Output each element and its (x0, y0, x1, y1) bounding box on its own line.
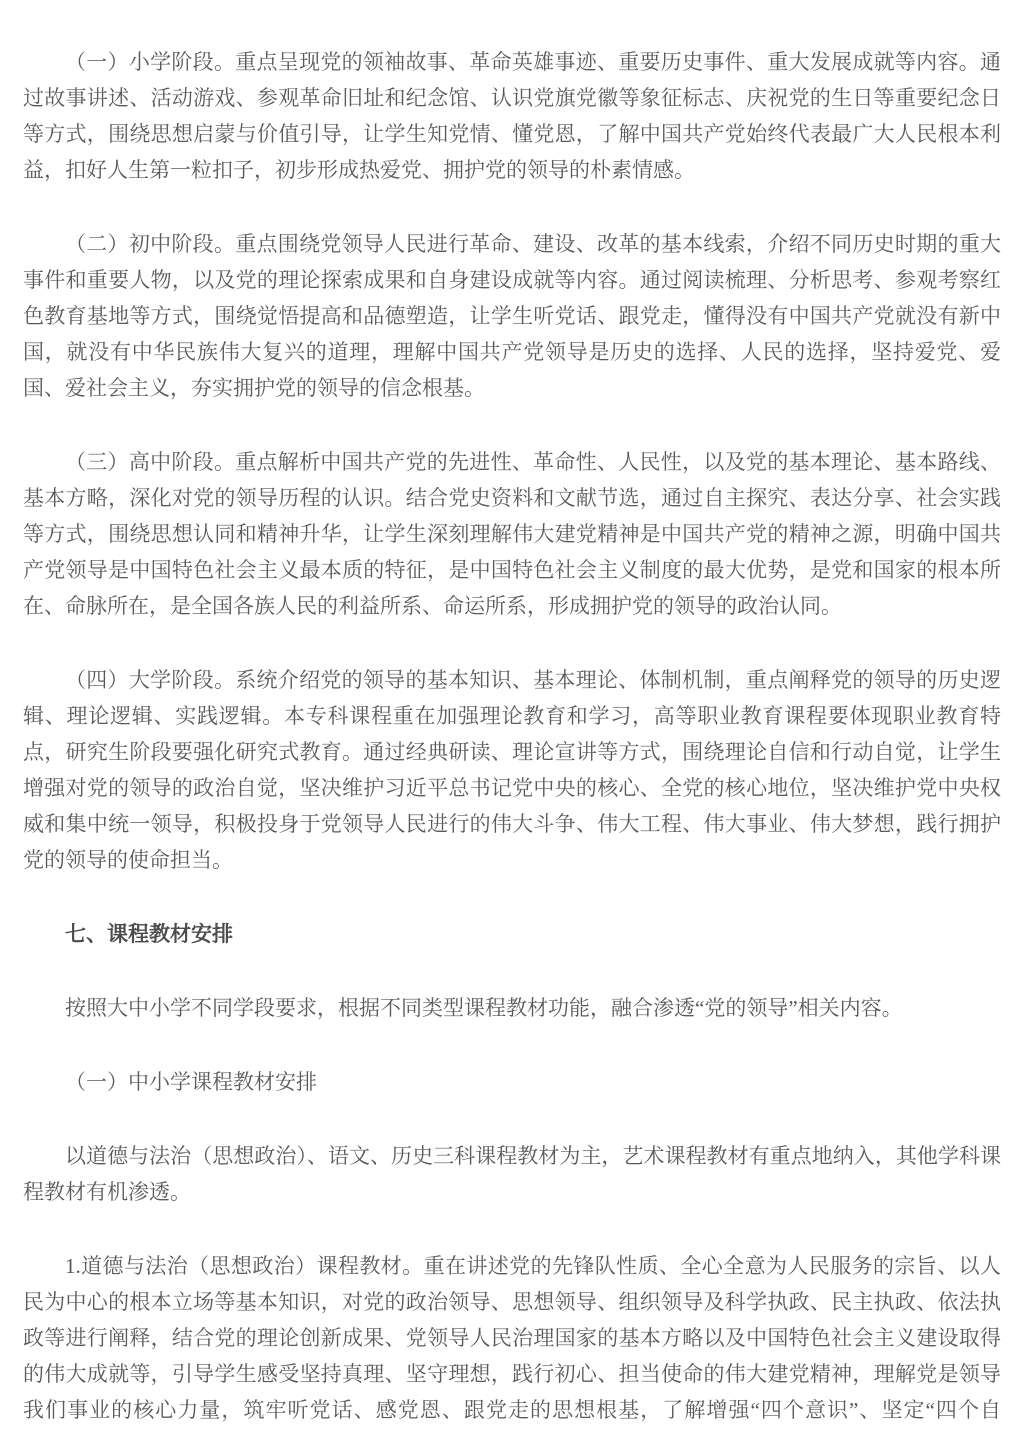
subsection-heading-primary-secondary-arrangement: （一）中小学课程教材安排 (23, 1064, 1001, 1100)
paragraph-morality-law-materials-truncated: 1.道德与法治（思想政治）课程教材。重在讲述党的先锋队性质、全心全意为人民服务的… (23, 1248, 1001, 1428)
paragraph-arrangement-overview: 按照大中小学不同学段要求，根据不同类型课程教材功能，融合渗透“党的领导”相关内容… (23, 990, 1001, 1026)
paragraph-junior-high-stage: （二）初中阶段。重点围绕党领导人民进行革命、建设、改革的基本线索，介绍不同历史时… (23, 226, 1001, 406)
paragraph-main-subject-materials: 以道德与法治（思想政治）、语文、历史三科课程教材为主，艺术课程教材有重点地纳入，… (23, 1138, 1001, 1210)
paragraph-university-stage: （四）大学阶段。系统介绍党的领导的基本知识、基本理论、体制机制，重点阐释党的领导… (23, 662, 1001, 878)
paragraph-primary-school-stage: （一）小学阶段。重点呈现党的领袖故事、革命英雄事迹、重要历史事件、重大发展成就等… (23, 44, 1001, 188)
paragraph-senior-high-stage: （三）高中阶段。重点解析中国共产党的先进性、革命性、人民性，以及党的基本理论、基… (23, 444, 1001, 624)
document-page: （一）小学阶段。重点呈现党的领袖故事、革命英雄事迹、重要历史事件、重大发展成就等… (0, 0, 1024, 1449)
section-heading-curriculum-material-arrangement: 七、课程教材安排 (23, 916, 1001, 952)
